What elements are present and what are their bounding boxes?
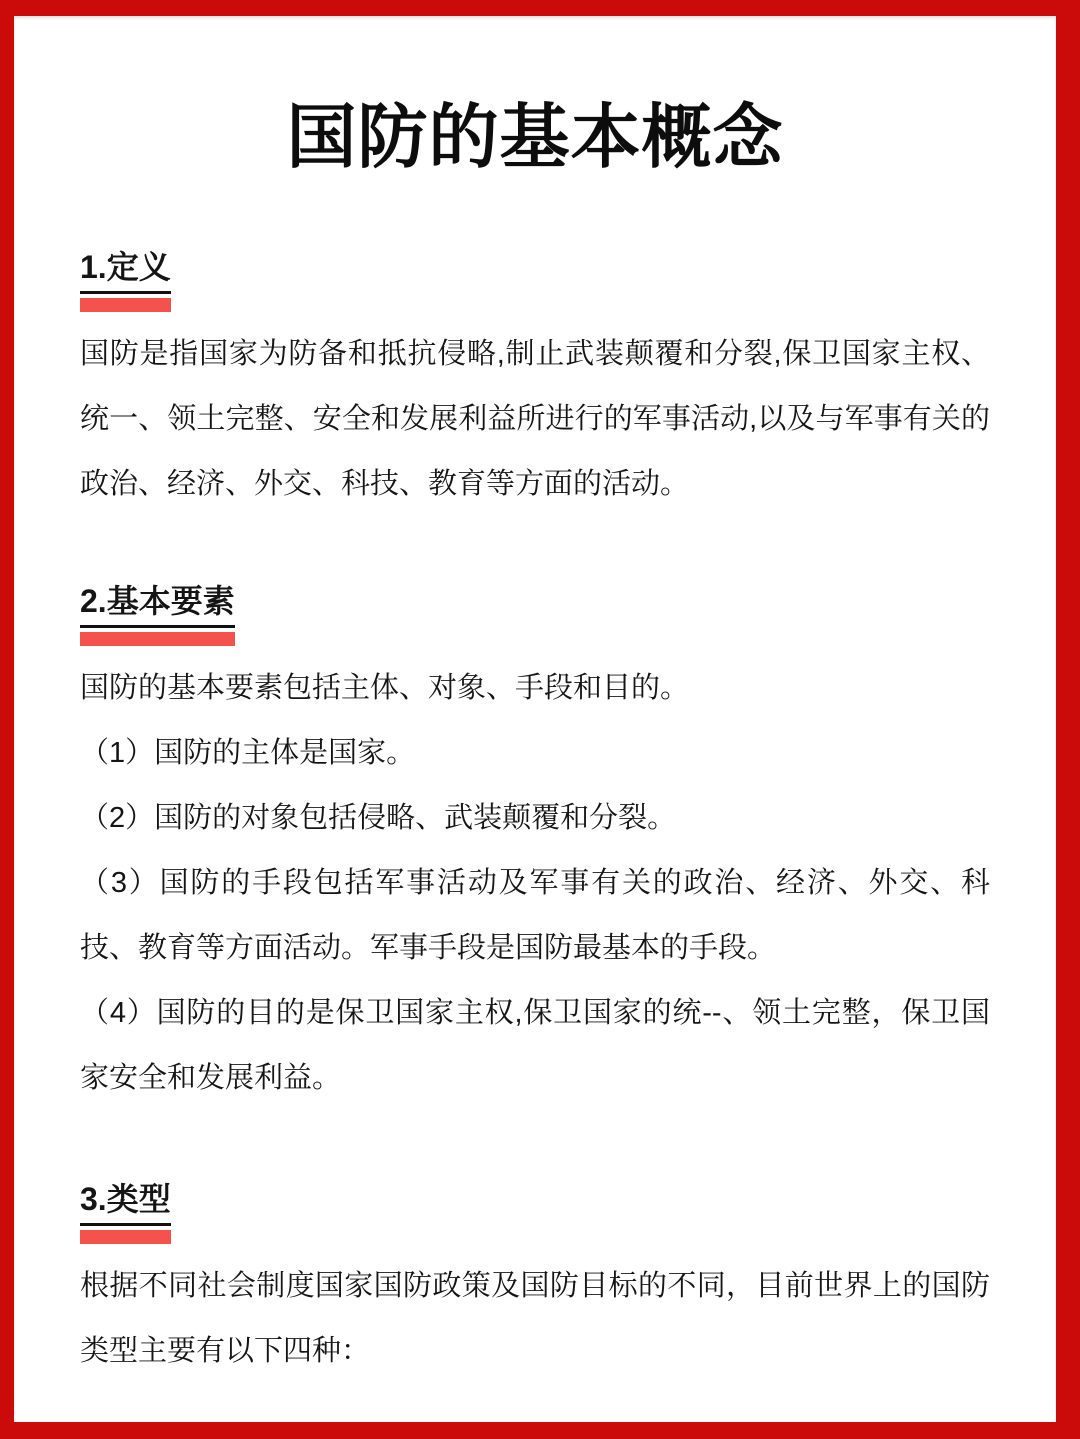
heading-highlight-bar (80, 298, 171, 312)
heading-highlight-bar (80, 632, 235, 646)
section-heading: 1.定义 (80, 245, 171, 294)
list-item: （1）国防的主体是国家。 (80, 721, 990, 786)
list-item: （4）国防的目的是保卫国家主权,保卫国家的统--、领土完整，保卫国家安全和发展利… (80, 981, 990, 1111)
section-body: 国防的基本要素包括主体、对象、手段和目的。 （1）国防的主体是国家。 （2）国防… (80, 656, 990, 1111)
paragraph: 根据不同社会制度国家国防政策及国防目标的不同，目前世界上的国防类型主要有以下四种… (80, 1254, 990, 1384)
list-item: （3）国防的手段包括军事活动及军事有关的政治、经济、外交、科技、教育等方面活动。… (80, 851, 990, 981)
section-heading: 3.类型 (80, 1177, 171, 1226)
section-heading-wrap: 1.定义 (80, 245, 171, 312)
section-heading-wrap: 3.类型 (80, 1177, 171, 1244)
list-item: （2）国防的对象包括侵略、武装颠覆和分裂。 (80, 786, 990, 851)
red-page-border: 国防的基本概念 1.定义 国防是指国家为防备和抵抗侵略,制止武装颠覆和分裂,保卫… (0, 0, 1080, 1439)
paragraph: 国防是指国家为防备和抵抗侵略,制止武装颠覆和分裂,保卫国家主权、统一、领土完整、… (80, 322, 990, 517)
section-basic-elements: 2.基本要素 国防的基本要素包括主体、对象、手段和目的。 （1）国防的主体是国家… (80, 579, 990, 1111)
document-page: 国防的基本概念 1.定义 国防是指国家为防备和抵抗侵略,制止武装颠覆和分裂,保卫… (14, 16, 1056, 1422)
section-types: 3.类型 根据不同社会制度国家国防政策及国防目标的不同，目前世界上的国防类型主要… (80, 1177, 990, 1384)
heading-highlight-bar (80, 1230, 171, 1244)
section-heading-wrap: 2.基本要素 (80, 579, 235, 646)
section-heading: 2.基本要素 (80, 579, 235, 628)
section-body: 国防是指国家为防备和抵抗侵略,制止武装颠覆和分裂,保卫国家主权、统一、领土完整、… (80, 322, 990, 517)
section-body: 根据不同社会制度国家国防政策及国防目标的不同，目前世界上的国防类型主要有以下四种… (80, 1254, 990, 1384)
page-title: 国防的基本概念 (80, 16, 990, 185)
paragraph: 国防的基本要素包括主体、对象、手段和目的。 (80, 656, 990, 721)
section-definition: 1.定义 国防是指国家为防备和抵抗侵略,制止武装颠覆和分裂,保卫国家主权、统一、… (80, 245, 990, 517)
